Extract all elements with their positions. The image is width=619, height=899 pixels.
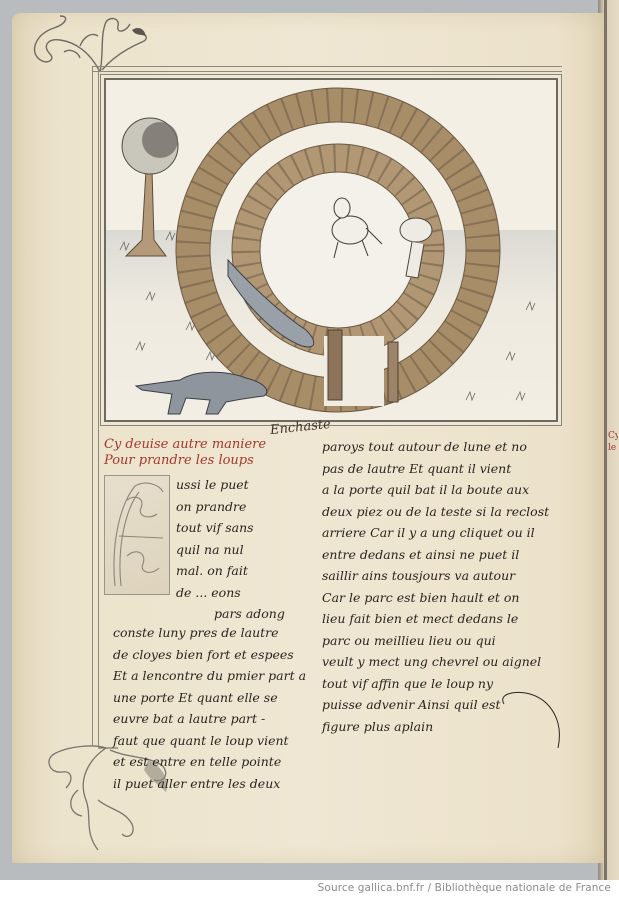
tree-icon: [122, 118, 178, 256]
text-line: de ... eons: [176, 582, 254, 604]
text-line: lieu fait bien et mect dedans le: [322, 608, 549, 630]
text-line: Car le parc est bien hault et on: [322, 587, 549, 609]
rubric-line: Cy deuise autre maniere: [104, 437, 314, 453]
text-line: saillir ains tousjours va autour: [322, 565, 549, 587]
text-line: deux piez ou de la teste si la reclost: [322, 501, 549, 523]
text-line: faut que quant le loup vient: [113, 730, 306, 752]
binding-gutter: [604, 0, 607, 880]
page-frame-rule-top: [92, 66, 562, 72]
rubric-line: Pour prandre les loups: [104, 453, 314, 469]
text-line: conste luny pres de lautre: [113, 622, 306, 644]
text-line: et est entre en telle pointe: [113, 751, 306, 773]
adjacent-page-rubric-fragment: Cyle: [608, 430, 618, 470]
text-line: il puet aller entre les deux: [113, 773, 306, 795]
text-line: paroys tout autour de lune et no: [322, 436, 549, 458]
text-line: entre dedans et ainsi ne puet il: [322, 544, 549, 566]
text-line: de cloyes bien fort et espees: [113, 644, 306, 666]
text-line: a la porte quil bat il la boute aux: [322, 479, 549, 501]
text-line: veult y mect ung chevrel ou aignel: [322, 651, 549, 673]
rubric-heading: Cy deuise autre maniere Pour prandre les…: [104, 437, 314, 469]
text-column-left-narrow: ussi le puet on prandre tout vif sans qu…: [176, 474, 254, 603]
text-line: une porte Et quant elle se: [113, 687, 306, 709]
text-line: ussi le puet: [176, 474, 254, 496]
acanthus-flourish-top-icon: [20, 12, 150, 74]
miniature-wolf-trap: [104, 78, 558, 422]
wolf-prowling-icon: [136, 372, 267, 414]
text-line: on prandre: [176, 496, 254, 518]
text-column-left-wide: conste luny pres de lautre de cloyes bie…: [113, 622, 306, 794]
source-credit: Source gallica.bnf.fr / Bibliothèque nat…: [318, 882, 611, 894]
wolf-trap-illustration: [106, 80, 556, 420]
text-line: arriere Car il y a ung cliquet ou il: [322, 522, 549, 544]
text-line: Et a lencontre du pmier part a: [113, 665, 306, 687]
decorated-initial-A: [104, 475, 170, 595]
text-line: pas de lautre Et quant il vient: [322, 458, 549, 480]
page-frame-rule-left: [92, 66, 99, 746]
text-line: tout vif sans: [176, 517, 254, 539]
text-line: euvre bat a lautre part -: [113, 708, 306, 730]
text-line: parc ou meillieu lieu ou qui: [322, 630, 549, 652]
text-line: mal. on fait: [176, 560, 254, 582]
text-line: quil na nul: [176, 539, 254, 561]
end-flourish-icon: [500, 690, 570, 750]
decorated-initial-icon: [105, 476, 169, 594]
